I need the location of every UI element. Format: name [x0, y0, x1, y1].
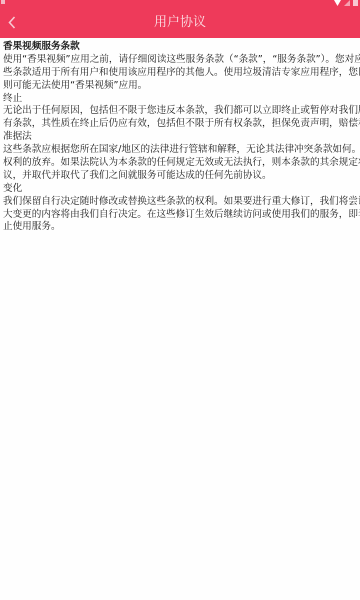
text-line: 则可能无法使用“香果视频”应用。 [3, 80, 360, 93]
text-line: 这些条款应根据您所在国家/地区的法律进行管辖和解释，无论其法律冲突条款如何。我 [3, 144, 360, 157]
battery-icon [353, 0, 358, 6]
text-line: 议，并取代并取代了我们之间就服务可能达成的任何先前协议。 [3, 170, 360, 183]
section-heading-termination: 终止 [3, 93, 360, 106]
section-heading-governing-law: 准据法 [3, 131, 360, 144]
app-header: 用户协议 [0, 0, 360, 38]
agreement-content: 香果视频服务条款 使用“香果视频”应用之前，请仔细阅读这些服务条款（“条款”，“… [3, 41, 360, 234]
text-line: 止使用服务。 [3, 221, 360, 234]
section-heading-changes: 变化 [3, 183, 360, 196]
wifi-icon [334, 0, 341, 6]
status-bar [0, 0, 360, 8]
text-line: 权利的放弃。如果法院认为本条款的任何规定无效或无法执行，则本条款的其余规定将 [3, 157, 360, 170]
notification-icon [1, 0, 5, 4]
page-title: 用户协议 [0, 15, 360, 31]
signal-icon [344, 0, 350, 6]
text-line: 我们保留自行决定随时修改或替换这些条款的权利。如果要进行重大修订，我们将尝试 [3, 196, 360, 209]
status-icons [334, 0, 358, 7]
text-line: 些条款适用于所有用户和使用该应用程序的其他人。使用垃圾清洁专家应用程序，您同 [3, 67, 360, 80]
text-line: 无论出于任何原因，包括但不限于您违反本条款，我们都可以立即终止或暂停对我们服 [3, 105, 360, 118]
document-title: 香果视频服务条款 [3, 41, 360, 54]
text-line: 有条款，其性质在终止后仍应有效，包括但不限于所有权条款，担保免责声明，赔偿和 [3, 118, 360, 131]
text-line: 大变更的内容将由我们自行决定。在这些修订生效后继续访问或使用我们的服务，即表 [3, 209, 360, 222]
text-line: 使用“香果视频”应用之前，请仔细阅读这些服务条款（“条款”，“服务条款”）。您对… [3, 54, 360, 67]
